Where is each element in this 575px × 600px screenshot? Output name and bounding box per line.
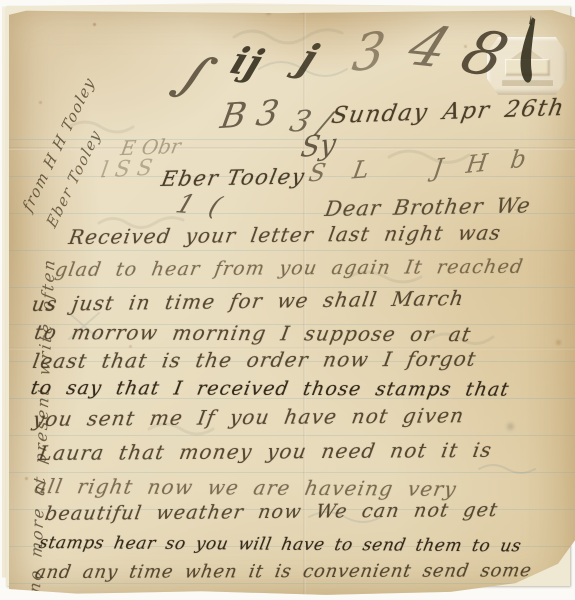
letter-body-line: beautiful weather now We can not get	[43, 499, 500, 525]
letter-body-line: Received your letter last night was	[67, 220, 503, 249]
letter-body-line: glad to hear from you again It reached	[53, 256, 525, 281]
letter-scan: ∫ ij j 3 4 8 B 3 3 / E Obr Sy l S S S L …	[0, 0, 575, 600]
practice-marks-after-name: S L	[307, 154, 382, 187]
pen-practice-row2-left: B 3	[217, 93, 281, 138]
letter-body-line: least that is the order now I forgot	[31, 347, 479, 373]
letter-body-line: stamps hear so you will have to send the…	[37, 533, 523, 556]
letter-body-line: to say that I received those stamps that	[29, 377, 511, 401]
salutation: Dear Brother We	[323, 193, 532, 221]
letter-body-line: all right now we are haveing very	[33, 474, 459, 501]
letter-body-line: Laura that money you need not it is	[37, 438, 494, 465]
writer-name: Eber Tooley	[159, 165, 307, 191]
letter-body-line: you sent me If you have not given	[31, 403, 466, 431]
pale-practice-marks: l S S	[99, 156, 154, 184]
letter-body-line: and any time when it is convenient send …	[33, 560, 533, 583]
letter-body-line: to morrow morning I suppose or at	[33, 320, 474, 346]
ink-blot	[514, 15, 542, 89]
paper-sheet: ∫ ij j 3 4 8 B 3 3 / E Obr Sy l S S S L …	[9, 9, 575, 596]
